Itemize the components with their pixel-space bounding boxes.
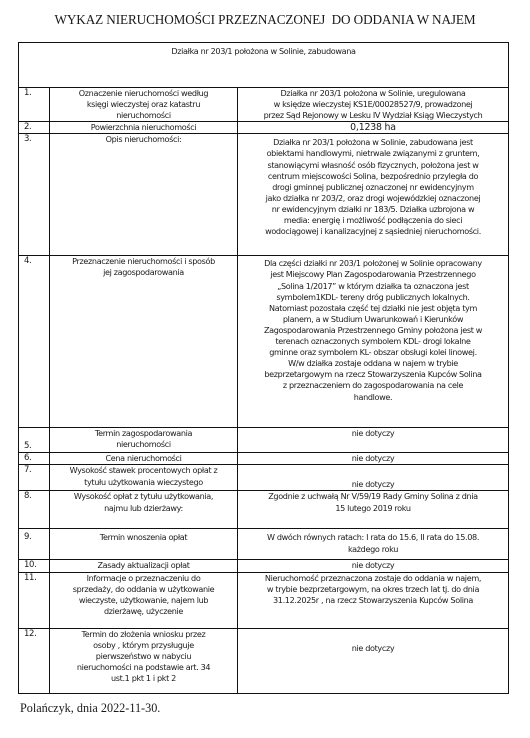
row-value: Dla części działki nr 203/1 położonej w … <box>238 256 509 428</box>
row-label: Termin zagospodarowania nieruchomości <box>50 428 238 453</box>
row-label: Powierzchnia nieruchomości <box>50 122 238 134</box>
property-listing-table: Działka nr 203/1 położona w Solinie, zab… <box>18 42 509 694</box>
place-date: Polańczyk, dnia 2022-11-30. <box>20 701 160 716</box>
row-value: Zgodnie z uchwałą Nr V/59/19 Rady Gminy … <box>238 491 509 529</box>
row-number: 11. <box>19 572 50 628</box>
row-number: 12. <box>19 628 50 693</box>
table-row: 1. Oznaczenie nieruchomości według księg… <box>19 88 509 122</box>
table-row: 10. Zasady aktualizacji opłat nie dotycz… <box>19 560 509 572</box>
row-value: Działka nr 203/1 położona w Solinie, ure… <box>238 88 509 122</box>
row-value: Nieruchomość przeznaczona zostaje do odd… <box>238 572 509 628</box>
table-row: 9. Termin wnoszenia opłat W dwóch równyc… <box>19 529 509 560</box>
document-title: WYKAZ NIERUCHOMOŚCI PRZEZNACZONEJ DO ODD… <box>0 12 530 28</box>
row-label: Informacje o przeznaczeniu do sprzedaży,… <box>50 572 238 628</box>
row-label: Wysokość opłat z tytułu użytkowania, naj… <box>50 491 238 529</box>
table-header: Działka nr 203/1 położona w Solinie, zab… <box>19 43 509 88</box>
row-number: 1. <box>19 88 50 122</box>
table-header-row: Działka nr 203/1 położona w Solinie, zab… <box>19 43 509 88</box>
row-value: nie dotyczy <box>238 628 509 693</box>
table-row: 4. Przeznaczenie nieruchomości i sposób … <box>19 256 509 428</box>
row-label: Cena nieruchomości <box>50 453 238 465</box>
table-row: 3. Opis nieruchomości: Działka nr 203/1 … <box>19 134 509 256</box>
table-row: 6. Cena nieruchomości nie dotyczy <box>19 453 509 465</box>
row-value: W dwóch równych ratach: I rata do 15.6, … <box>238 529 509 560</box>
table-row: 12. Termin do złożenia wniosku przez oso… <box>19 628 509 693</box>
row-number: 3. <box>19 134 50 256</box>
row-label: Oznaczenie nieruchomości według księgi w… <box>50 88 238 122</box>
row-number: 10. <box>19 560 50 572</box>
table-row: 2. Powierzchnia nieruchomości 0,1238 ha <box>19 122 509 134</box>
row-value: nie dotyczy <box>238 453 509 465</box>
row-label: Termin wnoszenia opłat <box>50 529 238 560</box>
table-row: 8. Wysokość opłat z tytułu użytkowania, … <box>19 491 509 529</box>
row-value: nie dotyczy <box>238 465 509 491</box>
row-number: 5. <box>19 428 50 453</box>
row-label: Przeznaczenie nieruchomości i sposób jej… <box>50 256 238 428</box>
row-number: 6. <box>19 453 50 465</box>
row-label: Wysokość stawek procentowych opłat z tyt… <box>50 465 238 491</box>
table-row: 5. Termin zagospodarowania nieruchomości… <box>19 428 509 453</box>
row-value: nie dotyczy <box>238 560 509 572</box>
row-number: 4. <box>19 256 50 428</box>
row-label: Opis nieruchomości: <box>50 134 238 256</box>
table-row: 7. Wysokość stawek procentowych opłat z … <box>19 465 509 491</box>
row-value: Działka nr 203/1 położona w Solinie, zab… <box>238 134 509 256</box>
row-label: Zasady aktualizacji opłat <box>50 560 238 572</box>
row-number: 9. <box>19 529 50 560</box>
row-number: 8. <box>19 491 50 529</box>
table-row: 11. Informacje o przeznaczeniu do sprzed… <box>19 572 509 628</box>
row-number: 7. <box>19 465 50 491</box>
row-value: 0,1238 ha <box>238 122 509 134</box>
row-number: 2. <box>19 122 50 134</box>
row-value: nie dotyczy <box>238 428 509 453</box>
row-label: Termin do złożenia wniosku przez osoby ,… <box>50 628 238 693</box>
